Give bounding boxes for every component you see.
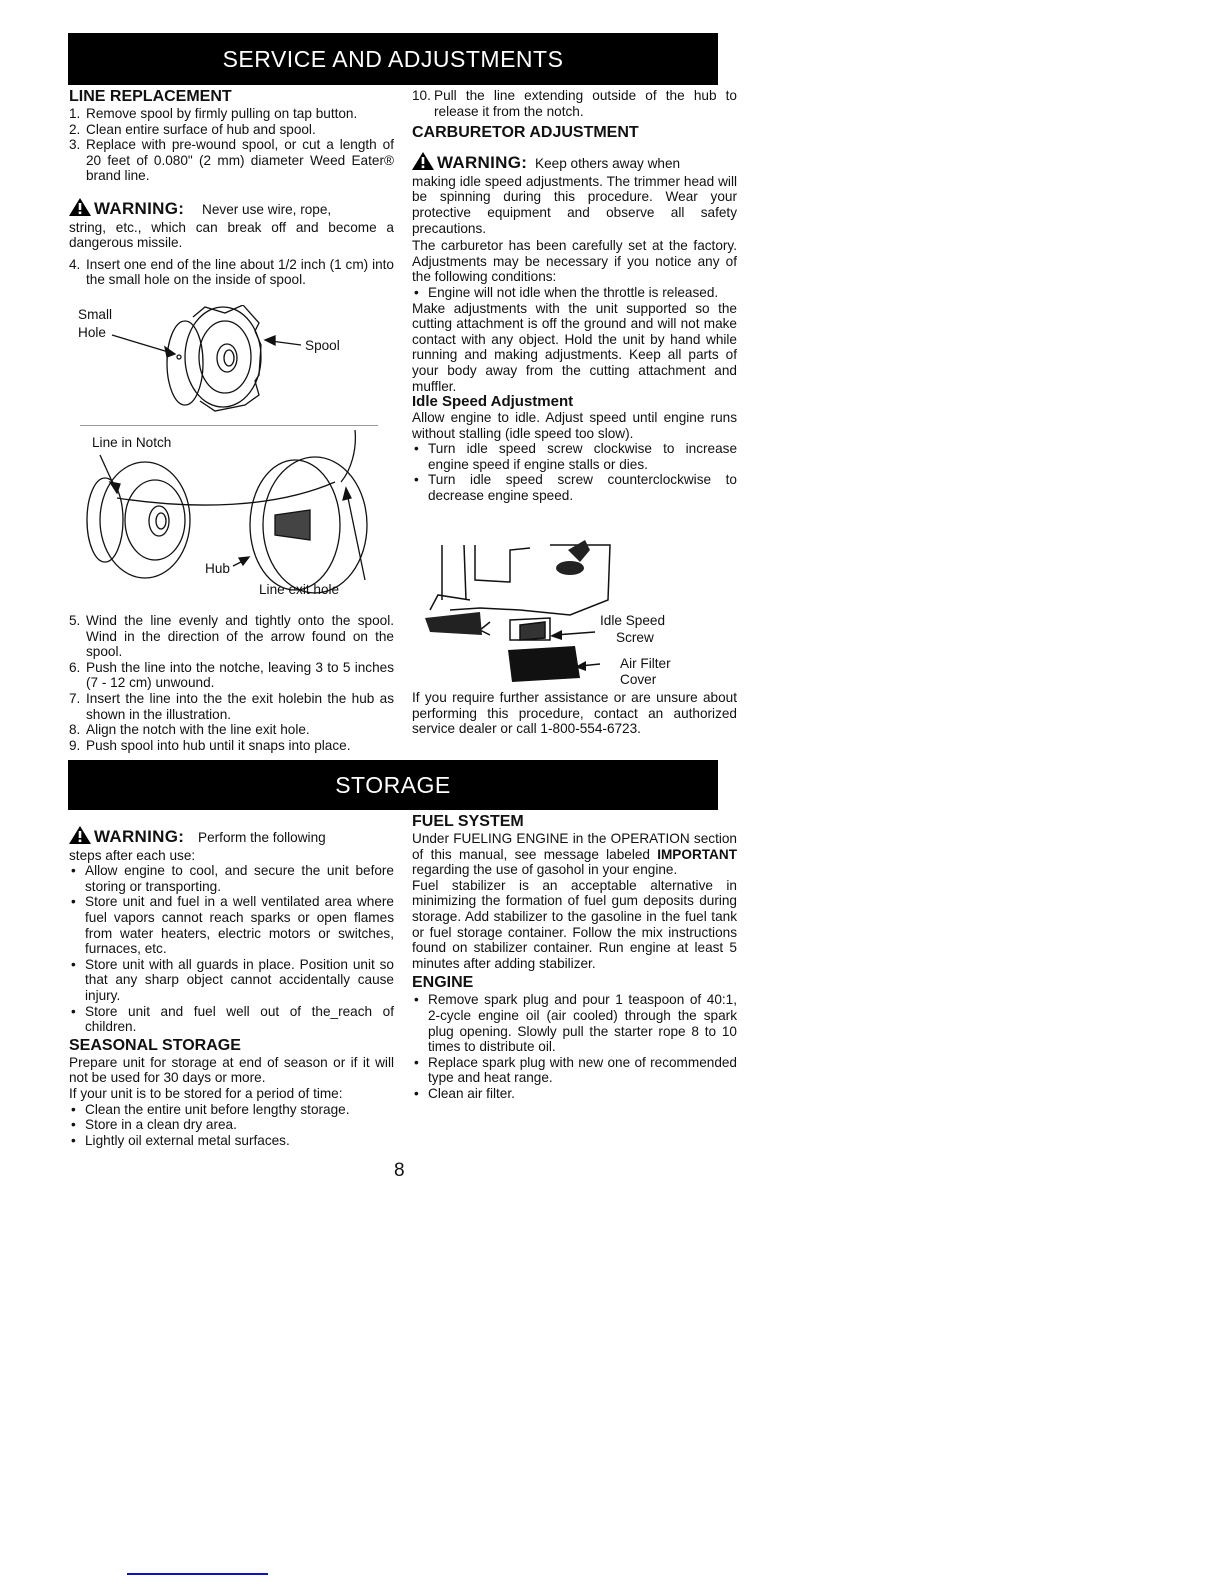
step-item: 7.Insert the line into the the exit hole…	[69, 691, 394, 722]
storage-right: FUEL SYSTEM Under FUELING ENGINE in the …	[412, 813, 737, 1102]
fuel-system-heading: FUEL SYSTEM	[412, 813, 737, 831]
warning-text: making idle speed adjustments. The trimm…	[412, 174, 737, 236]
fuel-p1: Under FUELING ENGINE in the OPERATION se…	[412, 831, 737, 878]
step-4: 4.Insert one end of the line about 1/2 i…	[69, 257, 394, 288]
warning-text: string, etc., which can break off and be…	[69, 220, 394, 251]
warning-block: WARNING: Keep others away when making id…	[412, 152, 737, 236]
idle-speed-screw-label: Idle Speed	[600, 613, 665, 628]
engine-item: •Replace spark plug with new one of reco…	[412, 1055, 737, 1086]
engine-item: •Clean air filter.	[412, 1086, 737, 1102]
assist-text: If you require further assistance or are…	[412, 690, 737, 737]
idle-intro: Allow engine to idle. Adjust speed until…	[412, 410, 737, 441]
warning-label: WARNING:	[94, 827, 184, 846]
air-filter-cover-label: Air Filter	[620, 656, 671, 671]
engine-heading: ENGINE	[412, 974, 737, 992]
spool-illustration	[75, 305, 375, 415]
step-item: 2.Clean entire surface of hub and spool.	[69, 122, 394, 138]
warning-label: WARNING:	[94, 199, 184, 218]
seasonal-item: •Store in a clean dry area.	[69, 1117, 394, 1133]
fuel-p2: Fuel stabilizer is an acceptable alterna…	[412, 878, 737, 972]
warning-triangle-icon	[412, 152, 434, 174]
storage-left: WARNING: Perform the following steps aft…	[69, 826, 394, 1148]
line-replacement-section: LINE REPLACEMENT 1.Remove spool by firml…	[69, 88, 394, 288]
seasonal-item: •Clean the entire unit before lengthy st…	[69, 1102, 394, 1118]
banner-title: STORAGE	[335, 772, 451, 799]
air-filter-cover-label-2: Cover	[620, 672, 656, 687]
idle-speed-heading: Idle Speed Adjustment	[412, 394, 737, 410]
step-item: 5.Wind the line evenly and tightly onto …	[69, 613, 394, 660]
spool-figure: Small Hole Spool	[75, 305, 375, 415]
carburetor-intro: The carburetor has been carefully set at…	[412, 238, 737, 285]
condition-item: •Engine will not idle when the throttle …	[412, 285, 737, 301]
storage-item: •Store unit with all guards in place. Po…	[69, 957, 394, 1004]
step-item: 9.Push spool into hub until it snaps int…	[69, 738, 394, 754]
engine-item: •Remove spark plug and pour 1 teaspoon o…	[412, 992, 737, 1054]
step-item: 3.Replace with pre-wound spool, or cut a…	[69, 137, 394, 184]
storage-banner: STORAGE	[68, 760, 718, 810]
warning-block: WARNING: Never use wire, rope, string, e…	[69, 198, 394, 251]
page-number: 8	[394, 1160, 405, 1182]
warning-triangle-icon	[69, 826, 91, 848]
banner-title: SERVICE AND ADJUSTMENTS	[223, 46, 564, 73]
carburetor-heading: CARBURETOR ADJUSTMENT	[412, 124, 737, 142]
steps-5-9: 5.Wind the line evenly and tightly onto …	[69, 613, 394, 753]
seasonal-storage-heading: SEASONAL STORAGE	[69, 1037, 394, 1055]
seasonal-p2: If your unit is to be stored for a perio…	[69, 1086, 394, 1102]
seasonal-p1: Prepare unit for storage at end of seaso…	[69, 1055, 394, 1086]
storage-item: •Store unit and fuel well out of the_rea…	[69, 1004, 394, 1035]
hub-figure: Line in Notch Hub Line exit hole	[75, 430, 375, 600]
warning-lead: Perform the following	[198, 830, 326, 845]
idle-speed-screw-label-2: Screw	[616, 630, 654, 645]
warning-label: WARNING:	[437, 153, 527, 172]
carburetor-illustration	[420, 540, 740, 690]
support-text: Make adjustments with the unit supported…	[412, 301, 737, 395]
service-adjustments-banner: SERVICE AND ADJUSTMENTS	[68, 33, 718, 85]
storage-item: •Store unit and fuel in a well ventilate…	[69, 894, 394, 956]
step-item: 1.Remove spool by firmly pulling on tap …	[69, 106, 394, 122]
steps-1-3: 1.Remove spool by firmly pulling on tap …	[69, 106, 394, 184]
line-replacement-heading: LINE REPLACEMENT	[69, 88, 394, 106]
storage-item: •Allow engine to cool, and secure the un…	[69, 863, 394, 894]
step-item: 8.Align the notch with the line exit hol…	[69, 722, 394, 738]
assist-block: If you require further assistance or are…	[412, 690, 737, 737]
warning-text: steps after each use:	[69, 848, 394, 864]
figure-divider	[80, 425, 378, 426]
hub-spool-illustration	[75, 430, 375, 600]
warning-block: WARNING: Perform the following steps aft…	[69, 826, 394, 863]
footer-link-underline[interactable]	[127, 1573, 268, 1575]
idle-step: •Turn idle speed screw clockwise to incr…	[412, 441, 737, 472]
step-item: 6.Push the line into the notche, leaving…	[69, 660, 394, 691]
idle-step: •Turn idle speed screw counterclockwise …	[412, 472, 737, 503]
carburetor-figure: Idle Speed Screw Air Filter Cover	[420, 540, 740, 690]
warning-triangle-icon	[69, 198, 91, 220]
carburetor-section: 10.Pull the line extending outside of th…	[412, 88, 737, 504]
step-item: 4.Insert one end of the line about 1/2 i…	[69, 257, 394, 288]
seasonal-item: •Lightly oil external metal surfaces.	[69, 1133, 394, 1149]
warning-lead: Never use wire, rope,	[202, 202, 331, 217]
step-10: 10.Pull the line extending outside of th…	[412, 88, 737, 119]
warning-lead: Keep others away when	[535, 156, 680, 171]
